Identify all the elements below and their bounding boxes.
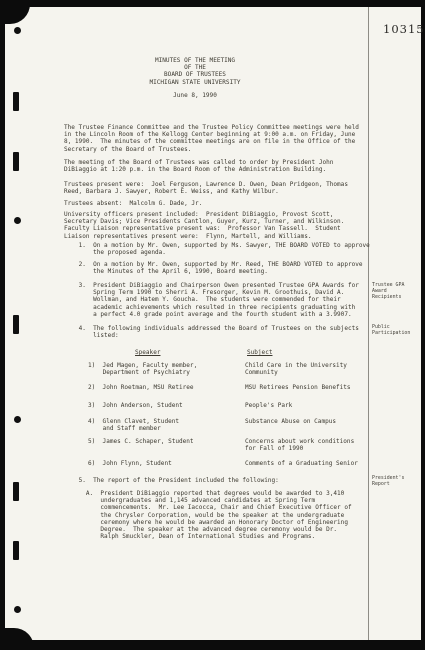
binding-slot-icon — [13, 315, 19, 334]
scan-corner-bottom-left — [0, 628, 34, 650]
subject-cell: Comments of a Graduating Senior — [245, 460, 358, 467]
speaker-cell: 1) Jed Magen, Faculty member, Department… — [88, 362, 197, 376]
agenda-item-5a: A. President DiBiaggio reported that deg… — [64, 490, 376, 540]
binding-slot-icon — [13, 152, 19, 171]
table-row: 4) Glenn Clavet, Student and Staff membe… — [64, 418, 376, 434]
binding-slot-icon — [13, 482, 19, 501]
agenda-item-3: 3. President DiBiaggio and Chairperson O… — [64, 282, 376, 318]
table-row: 5) James C. Schaper, Student Concerns ab… — [64, 438, 376, 454]
margin-note-gpa-award: Trustee GPA Award Recipients — [372, 282, 422, 300]
binding-hole-icon — [14, 416, 21, 423]
scan-edge-left — [0, 0, 5, 650]
table-header-speaker: Speaker — [135, 349, 160, 356]
subject-cell: Concerns about work conditions for Fall … — [245, 438, 354, 452]
speaker-cell: 4) Glenn Clavet, Student and Staff membe… — [88, 418, 179, 432]
speaker-cell: 5) James C. Schaper, Student — [88, 438, 194, 445]
binding-slot-icon — [13, 541, 19, 560]
margin-note-presidents-report: President's Report — [372, 475, 422, 487]
table-row: 3) John Anderson, Student People's Park — [64, 402, 376, 418]
table-row: 2) John Roetman, MSU Retiree MSU Retiree… — [64, 384, 376, 400]
scan-edge-bottom — [0, 640, 425, 650]
document-title: MINUTES OF THE MEETING OF THE BOARD OF T… — [64, 57, 326, 86]
speaker-cell: 3) John Anderson, Student — [88, 402, 183, 409]
binding-hole-icon — [14, 606, 21, 613]
binding-slot-icon — [13, 92, 19, 111]
agenda-item-1: 1. On a motion by Mr. Owen, supported by… — [64, 242, 376, 256]
document-date: June 8, 1990 — [64, 92, 326, 99]
agenda-item-4: 4. The following individuals addressed t… — [64, 325, 376, 339]
scanned-minutes-page: 10315 MINUTES OF THE MEETING OF THE BOAR… — [0, 0, 425, 650]
subject-cell: MSU Retirees Pension Benefits — [245, 384, 351, 391]
subject-cell: Substance Abuse on Campus — [245, 418, 336, 425]
agenda-item-2: 2. On a motion by Mr. Owen, supported by… — [64, 261, 376, 275]
paragraph-call-to-order: The meeting of the Board of Trustees was… — [64, 159, 376, 173]
page-number: 10315 — [383, 22, 425, 36]
speaker-cell: 2) John Roetman, MSU Retiree — [88, 384, 194, 391]
table-row: 1) Jed Magen, Faculty member, Department… — [64, 362, 376, 378]
table-header-subject: Subject — [247, 349, 272, 356]
paragraph-officers-present: University officers present included: Pr… — [64, 211, 376, 240]
paragraph-trustees-present: Trustees present were: Joel Ferguson, La… — [64, 181, 376, 195]
agenda-item-5: 5. The report of the President included … — [64, 477, 376, 484]
speaker-cell: 6) John Flynn, Student — [88, 460, 172, 467]
scan-edge-top — [0, 0, 425, 7]
paragraph-committee-meetings: The Trustee Finance Committee and the Tr… — [64, 124, 376, 153]
subject-cell: People's Park — [245, 402, 292, 409]
table-row: 6) John Flynn, Student Comments of a Gra… — [64, 460, 376, 476]
binding-hole-icon — [14, 217, 21, 224]
paragraph-trustees-absent: Trustees absent: Malcolm G. Dade, Jr. — [64, 200, 376, 207]
scan-corner-top-left — [0, 0, 30, 24]
margin-note-public-participation: Public Participation — [372, 324, 422, 336]
subject-cell: Child Care in the University Community — [245, 362, 347, 376]
binding-hole-icon — [14, 27, 21, 34]
margin-rule-line — [368, 7, 369, 640]
